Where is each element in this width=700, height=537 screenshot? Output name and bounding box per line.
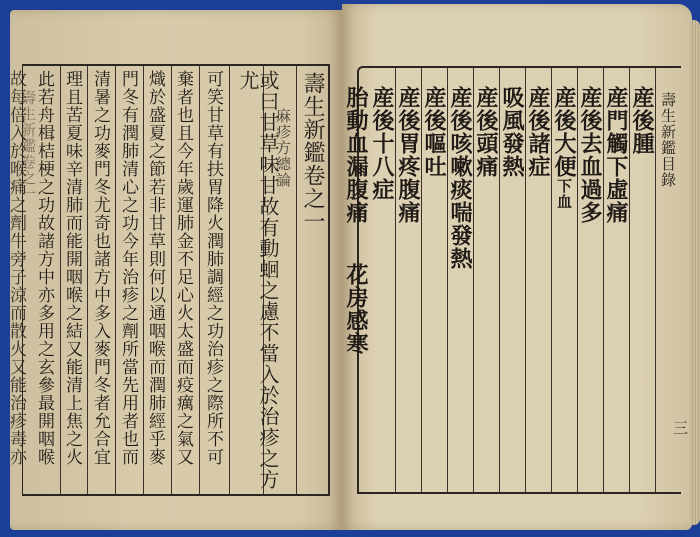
column-rule <box>296 66 297 494</box>
text-column-8: 此若舟楫桔梗之功故諸方中亦多用之玄參最開咽喉 <box>35 70 52 466</box>
text-column-1: 或曰甘草味甘故有動蛔之慮不當入於治疹之方尤 <box>238 70 278 494</box>
toc-entry-9: 産後嘔吐 <box>423 86 445 178</box>
toc-entry-12-extra: 花房感寒 <box>345 263 367 355</box>
column-rule <box>87 66 88 494</box>
column-rule <box>171 66 172 494</box>
left-page-border: 壽生新鑑卷之一 麻疹方總論 或曰甘草味甘故有動蛔之慮不當入於治疹之方尤 可笑甘草… <box>22 64 330 496</box>
text-column-6: 清暑之功麥門冬尤奇也諸方中多入麥門冬者允合宜 <box>91 70 108 466</box>
text-column-4: 熾於盛夏之節若非甘草則何以通咽喉而潤肺經乎麥 <box>146 70 163 466</box>
column-rule <box>199 66 200 494</box>
toc-entry-5: 産後諸症 <box>527 86 549 178</box>
text-column-3: 棄者也且今年歲運肺金不足心火太盛而疫癘之氣又 <box>174 70 191 466</box>
toc-entry-8: 産後咳嗽痰喘發熱 <box>449 86 471 270</box>
toc-entry-1: 産後腫 <box>631 86 653 155</box>
toc-entry-2: 産門觸下虛痛 <box>605 86 627 224</box>
left-page: 壽生新鑑卷之一 麻疹方總論 或曰甘草味甘故有動蛔之慮不當入於治疹之方尤 可笑甘草… <box>10 10 342 530</box>
text-column-7: 理且苦夏味辛清肺而能開咽喉之結又能清上焦之火 <box>63 70 80 466</box>
toc-entry-10: 産後胃疼腹痛 <box>397 86 419 224</box>
text-column-2: 可笑甘草有扶胃降火潤肺調經之功治疹之際所不可 <box>204 70 221 466</box>
toc-entry-4-note: 下血 <box>555 178 573 210</box>
toc-entry-11: 産後十八症 <box>371 86 393 201</box>
text-column-5: 門冬有潤肺清心之功今年治疹之劑所當先用者也而 <box>119 70 136 466</box>
right-page: 産後腫 産門觸下虛痛 産後去血過多 産後大便下血 産後諸症 吸風發熱 産後頭痛 … <box>342 4 692 530</box>
column-rule <box>655 68 656 492</box>
column-rule <box>229 66 230 494</box>
chapter-heading: 壽生新鑑卷之一 <box>301 72 323 233</box>
folio-mark: 三 <box>672 420 687 436</box>
page-stack-edge <box>690 20 700 525</box>
toc-entry-7: 産後頭痛 <box>475 86 497 178</box>
column-rule <box>143 66 144 494</box>
right-page-border: 産後腫 産門觸下虛痛 産後去血過多 産後大便下血 産後諸症 吸風發熱 産後頭痛 … <box>357 66 681 494</box>
spine-label: 壽生新鑑卷之一 <box>20 90 35 202</box>
toc-entry-4-main: 産後大便 <box>551 86 577 178</box>
column-rule <box>60 66 61 494</box>
running-title-banner: 壽生新鑑目錄 <box>660 92 675 188</box>
toc-entry-3: 産後去血過多 <box>579 86 601 224</box>
toc-entry-6: 吸風發熱 <box>501 86 523 178</box>
toc-entry-12: 胎動血漏腹痛 <box>345 86 367 224</box>
toc-entry-4: 産後大便下血 <box>553 86 575 210</box>
column-rule <box>115 66 116 494</box>
